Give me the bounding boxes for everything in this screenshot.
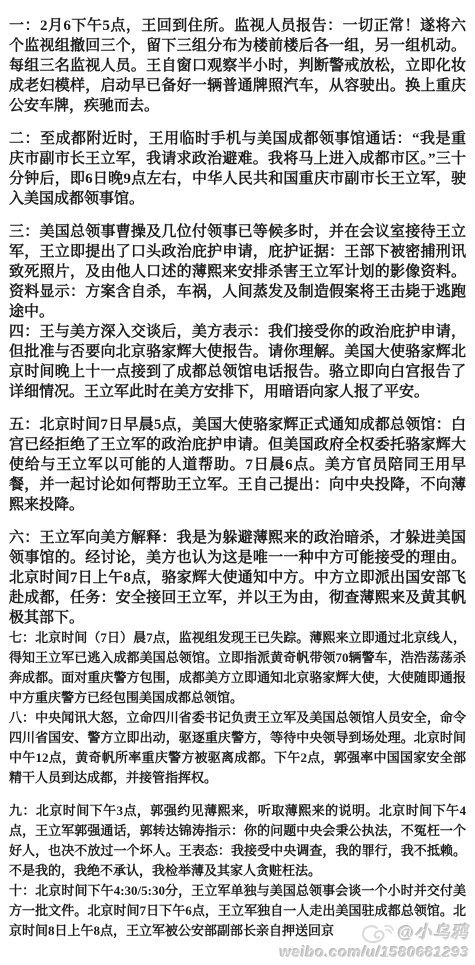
paragraph-7: 七：北京时间（7日）晨7点，监视组发现王已失踪。薄熙来立即通过北京线人，得知王立… xyxy=(9,628,466,708)
paragraph-2: 二：至成都附近时，王用临时手机与美国成都领事馆通话：“我是重庆市副市长王立军，我… xyxy=(9,129,466,209)
weibo-logo-icon xyxy=(361,922,395,944)
weibo-watermark: @小乌鸦 weibo.com/u/1580681293 xyxy=(280,922,469,961)
document-page: 一：2月6下午5点，王回到住所。监视人员报告：一切正常！遂将六个监视组撤回三个，… xyxy=(0,0,475,965)
paragraph-9: 九：北京时间下午3点，郭强约见薄熙来，听取薄熙来的说明。北京时间下午4点，王立军… xyxy=(9,801,466,881)
paragraph-5: 五：北京时间7日早晨5点，美国大使骆家辉正式通知成都总领馆：白宫已经拒绝了王立军… xyxy=(9,415,466,515)
paragraph-6: 六：王立军向美方解释：我是为躲避薄熙来的政治暗杀，才躲进美国领事馆的。经讨论，美… xyxy=(9,528,466,628)
paragraph-4: 四：王与美方深入交谈后，美方表示：我们接受你的政治庇护申请，但批准与否要向北京骆… xyxy=(9,322,466,402)
paragraph-1: 一：2月6下午5点，王回到住所。监视人员报告：一切正常！遂将六个监视组撤回三个，… xyxy=(9,16,466,116)
paragraph-3: 三：美国总领事曹操及几位付领事已等候多时，并在会议室接待王立军，王立即提出了口头… xyxy=(9,222,466,322)
watermark-url: weibo.com/u/1580681293 xyxy=(280,944,469,961)
paragraph-8: 八：中央闻讯大怒，立命四川省委书记负责王立军及美国总领馆人员安全，命令四川省国安… xyxy=(9,708,466,788)
watermark-username: @小乌鸦 xyxy=(397,923,469,943)
